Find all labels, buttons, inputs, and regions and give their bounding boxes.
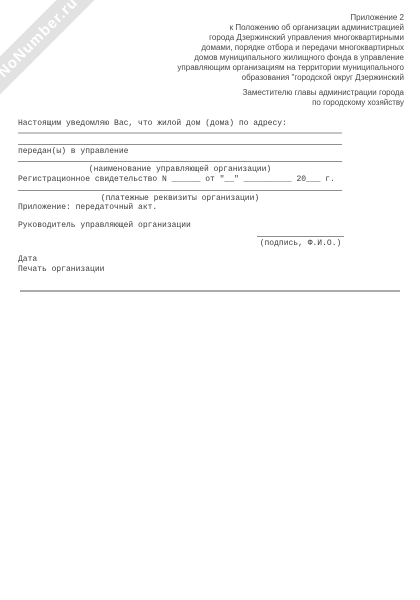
attachment-line: Приложение: передаточный акт. [18, 203, 342, 212]
head-line: Руководитель управляющей организации [18, 221, 342, 230]
bottom-separator-line [20, 290, 400, 292]
watermark-banner: NoNumber.ru [0, 0, 115, 114]
addressee-line: по городскому хозяйству [243, 98, 404, 108]
appendix-header-block: Приложение 2 к Положению об организации … [177, 13, 404, 83]
seal-line: Печать организации [18, 265, 342, 274]
appendix-line: домов муниципального жилищного фонда в у… [177, 53, 404, 63]
document-page: NoNumber.ru Приложение 2 к Положению об … [0, 0, 420, 600]
date-line: Дата [18, 255, 342, 264]
org-name-caption: (наименование управляющей организации) [18, 165, 342, 174]
appendix-line: управляющим организациям на территории м… [177, 63, 404, 73]
appendix-line: домами, порядке отбора и передачи многок… [177, 43, 404, 53]
appendix-line: к Положению об организации администрацие… [177, 23, 404, 33]
addressee-block: Заместителю главы администрации города п… [243, 88, 404, 108]
addressee-line: Заместителю главы администрации города [243, 88, 404, 98]
appendix-line: образования "городской округ Дзержинский [177, 73, 404, 83]
transferred-line: передан(ы) в управление [18, 147, 342, 156]
appendix-line: Приложение 2 [177, 13, 404, 23]
requisites-caption: (платежные реквизиты организации) [18, 194, 342, 203]
address-blank-line-2 [18, 144, 342, 145]
document-body: Настоящим уведомляю Вас, что жилой дом (… [18, 119, 342, 319]
requisites-blank-line [18, 190, 342, 191]
intro-line: Настоящим уведомляю Вас, что жилой дом (… [18, 119, 342, 128]
registration-line: Регистрационное свидетельство N ______ о… [18, 175, 342, 184]
signature-blank-line [257, 236, 344, 237]
address-blank-line-1 [18, 132, 342, 134]
signature-caption: (подпись, Ф.И.О.) [257, 239, 344, 248]
org-name-blank-line [18, 161, 342, 162]
appendix-line: города Дзержинский управления многокварт… [177, 33, 404, 43]
